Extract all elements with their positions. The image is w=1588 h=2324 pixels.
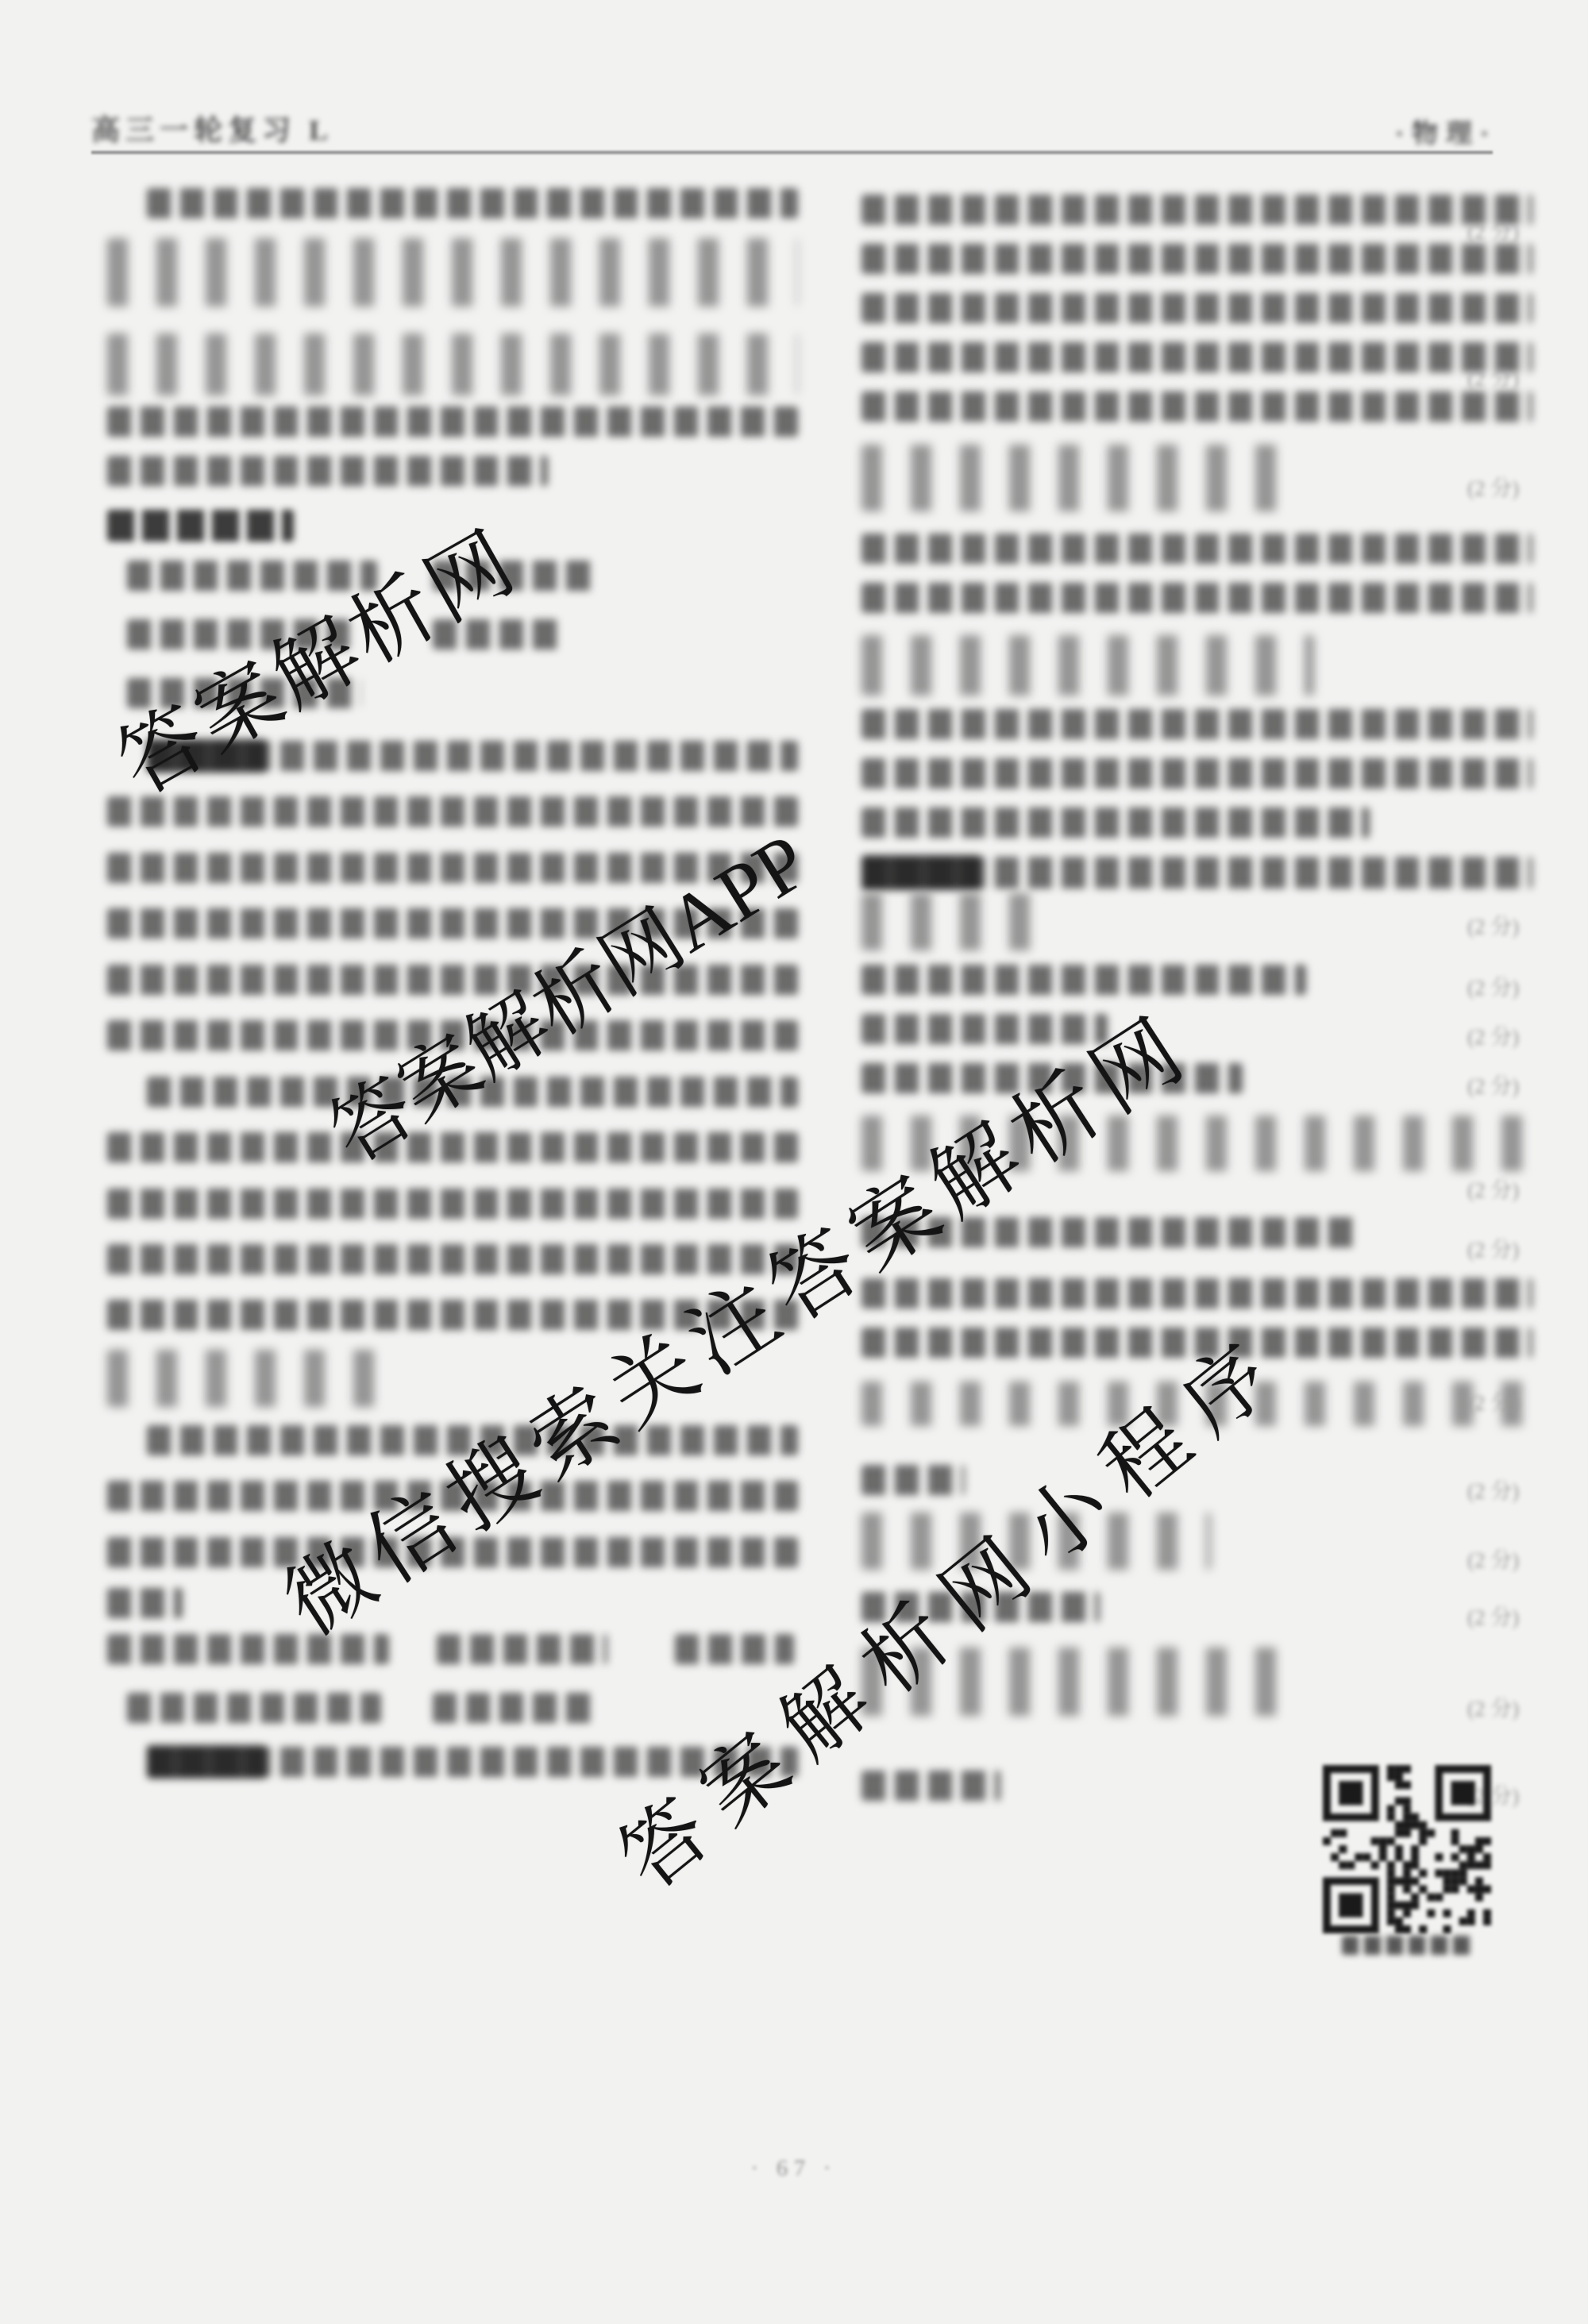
blurred-text-line [675, 1634, 794, 1664]
blurred-text-line [861, 244, 1532, 274]
score-mark: (2 分) [1467, 361, 1519, 392]
blurred-text-line [107, 510, 294, 541]
blurred-text-line [861, 1278, 1532, 1308]
blurred-text-line [861, 758, 1532, 788]
blurred-text-line [107, 1350, 377, 1407]
blurred-text-line [107, 238, 798, 306]
score-mark: (2 分) [1467, 1600, 1519, 1631]
score-mark: (2 分) [1467, 1173, 1519, 1204]
blurred-text-line [127, 1693, 381, 1723]
blurred-text-line [861, 445, 1282, 511]
blurred-text-line [433, 1693, 592, 1723]
blurred-text-line [861, 965, 1306, 995]
score-mark: (2 分) [1467, 970, 1519, 1001]
blurred-text-line [861, 1771, 1000, 1801]
header-rule [91, 151, 1493, 154]
blurred-text-line [861, 195, 1532, 225]
blurred-text-line [861, 807, 1370, 838]
blurred-text-line [861, 635, 1314, 696]
blurred-text-line [437, 1634, 607, 1664]
score-mark: (2 分) [1467, 1019, 1519, 1050]
header-left-title: 高三一轮复习 L [91, 108, 333, 148]
score-mark: (2 分) [1467, 471, 1519, 502]
score-mark: (2 分) [1467, 1691, 1519, 1722]
blurred-text-line [861, 293, 1532, 323]
score-mark: (2 分) [1467, 1069, 1519, 1100]
blurred-text-line [107, 407, 798, 437]
score-mark: (2 分) [1467, 909, 1519, 940]
score-mark: (2 分) [1467, 1232, 1519, 1263]
blurred-text-line [107, 456, 548, 486]
blurred-text-line [861, 583, 1532, 613]
blurred-text-line [147, 188, 798, 218]
blurred-text-line [861, 391, 1532, 422]
blurred-text-line [861, 709, 1532, 739]
score-mark: (2 分) [1467, 214, 1519, 245]
blurred-text-line [861, 1465, 965, 1495]
bold-lead-segment [861, 855, 981, 890]
blurred-text-line [107, 1189, 798, 1219]
score-mark: (2 分) [1467, 1474, 1519, 1505]
header-right-title: ·物理· [1395, 113, 1497, 150]
blurred-text-line [861, 857, 1532, 888]
blurred-text-line [107, 1132, 798, 1162]
blurred-text-line [107, 333, 798, 395]
score-mark: (2 分) [1467, 1386, 1519, 1416]
blurred-text-line [107, 796, 798, 827]
score-mark: (2 分) [1467, 1543, 1519, 1574]
qr-code [1323, 1765, 1491, 1933]
blurred-text-line [861, 342, 1532, 372]
blurred-text-line [107, 1588, 183, 1618]
page-number: · 67 · [0, 2156, 1588, 2182]
blurred-text-line [861, 534, 1532, 564]
qr-caption [1342, 1936, 1473, 1955]
scanned-answer-page: 高三一轮复习 L ·物理· 答案解析网答案解析网APP微信搜索关注答案解析网答案… [0, 0, 1588, 2324]
bold-lead-segment [147, 1745, 266, 1779]
blurred-text-line [861, 893, 1052, 950]
